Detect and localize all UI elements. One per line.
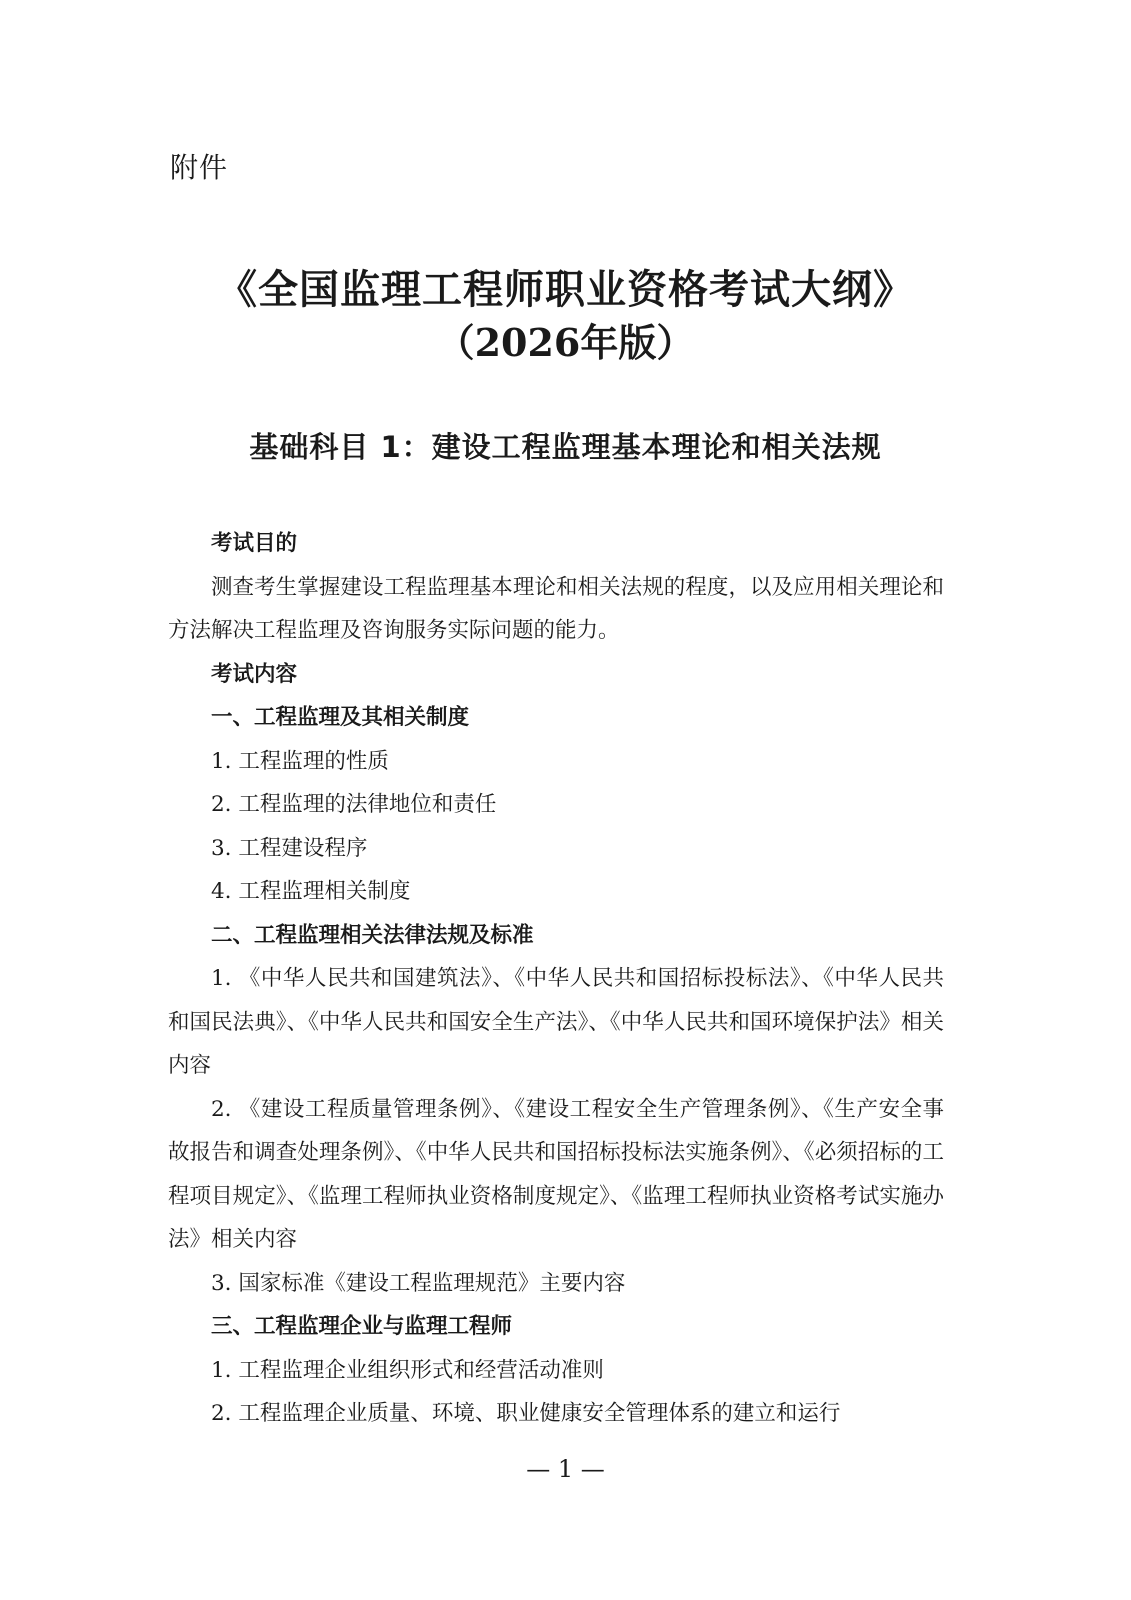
list-item: 1. 《中华人民共和国建筑法》、《中华人民共和国招标投标法》、《中华人民共和国民… (168, 957, 944, 1088)
list-item: 1. 工程监理企业组织形式和经营活动准则 (168, 1349, 944, 1393)
list-item: 3. 国家标准《建设工程监理规范》主要内容 (168, 1262, 944, 1306)
list-item: 4. 工程监理相关制度 (168, 870, 944, 914)
purpose-text: 测查考生掌握建设工程监理基本理论和相关法规的程度，以及应用相关理论和方法解决工程… (168, 566, 944, 653)
list-item: 2. 《建设工程质量管理条例》、《建设工程安全生产管理条例》、《生产安全事故报告… (168, 1088, 944, 1262)
document-page: 附件 《全国监理工程师职业资格考试大纲》 （2026年版） 基础科目 1：建设工… (0, 0, 1131, 1600)
page-number: — 1 — (0, 1455, 1131, 1483)
list-item: 3. 工程建设程序 (168, 827, 944, 871)
document-title: 《全国监理工程师职业资格考试大纲》 (0, 258, 1131, 315)
document-edition: （2026年版） (0, 312, 1131, 367)
document-body: 考试目的 测查考生掌握建设工程监理基本理论和相关法规的程度，以及应用相关理论和方… (168, 522, 944, 1436)
list-item: 2. 工程监理企业质量、环境、职业健康安全管理体系的建立和运行 (168, 1392, 944, 1436)
section-heading: 一、工程监理及其相关制度 (168, 696, 944, 740)
content-heading: 考试内容 (168, 653, 944, 697)
section-heading: 三、工程监理企业与监理工程师 (168, 1305, 944, 1349)
attachment-label: 附件 (170, 146, 228, 186)
purpose-heading: 考试目的 (168, 522, 944, 566)
subject-heading: 基础科目 1：建设工程监理基本理论和相关法规 (0, 425, 1131, 466)
section-heading: 二、工程监理相关法律法规及标准 (168, 914, 944, 958)
list-item: 2. 工程监理的法律地位和责任 (168, 783, 944, 827)
list-item: 1. 工程监理的性质 (168, 740, 944, 784)
